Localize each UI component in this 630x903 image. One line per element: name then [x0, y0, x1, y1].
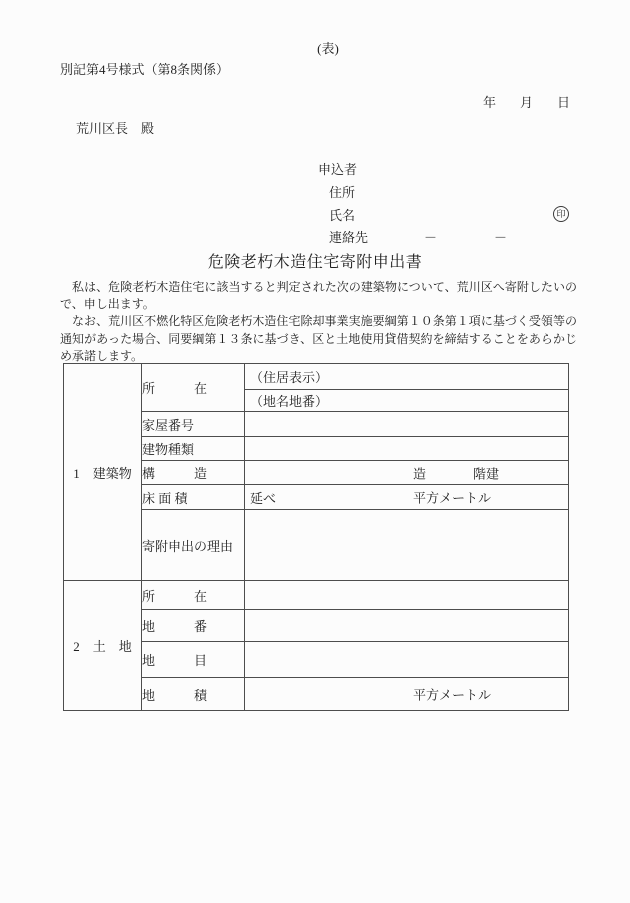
date-year-label: 年 [483, 95, 496, 110]
section-land-label: 2 土 地 [64, 581, 142, 711]
land-area-unit: 平方メートル [413, 685, 491, 704]
table-row: 2 土 地 所 在 [64, 581, 569, 610]
land-category-label: 地 目 [142, 642, 245, 678]
land-area-label: 地 積 [142, 678, 245, 711]
contact-number-dash: － [424, 230, 437, 245]
structure-zou-suffix: 造 [413, 463, 426, 482]
building-location-label: 所 在 [142, 364, 245, 412]
applicant-heading: 申込者 [318, 162, 357, 177]
building-location-residence-field: （住居表示） [245, 364, 569, 390]
applicant-contact-label: 連絡先 [329, 230, 368, 245]
land-lot-number-field [245, 610, 569, 642]
land-category-field [245, 642, 569, 678]
floor-area-unit: 平方メートル [413, 488, 491, 507]
body-text: 私は、危険老朽木造住宅に該当すると判定された次の建築物について、荒川区へ寄附した… [60, 279, 577, 365]
property-table: 1 建築物 所 在 （住居表示） （地名地番） 家屋番号 建物種類 構 [63, 363, 569, 711]
applicant-address-label: 住所 [329, 185, 355, 200]
land-location-field [245, 581, 569, 610]
form-style-number: 別記第4号様式（第8条関係） [60, 62, 229, 77]
lot-name-caption: （地名地番） [250, 394, 328, 409]
date-day-label: 日 [557, 95, 570, 110]
house-number-label: 家屋番号 [142, 412, 245, 437]
floor-area-label: 床 面 積 [142, 485, 245, 510]
structure-label: 構 造 [142, 461, 245, 485]
building-type-field [245, 437, 569, 461]
seal-character: 印 [556, 210, 565, 219]
floor-area-field: 延べ平方メートル [245, 485, 569, 510]
donation-reason-label: 寄附申出の理由 [142, 510, 245, 581]
donation-reason-field [245, 510, 569, 581]
floor-area-prefix: 延べ [250, 491, 276, 506]
land-lot-number-label: 地 番 [142, 610, 245, 642]
building-type-label: 建物種類 [142, 437, 245, 461]
document-page: (表) 別記第4号様式（第8条関係） 年 月 日 荒川区長 殿 申込者 住所 氏… [0, 0, 630, 903]
paragraph-consent: なお、荒川区不燃化特区危険老朽木造住宅除却事業実施要綱第１０条第１項に基づく受領… [60, 313, 577, 365]
house-number-field [245, 412, 569, 437]
land-location-label: 所 在 [142, 581, 245, 610]
seal-mark-icon: 印 [553, 206, 569, 222]
land-area-field: 平方メートル [245, 678, 569, 711]
front-side-label: (表) [0, 41, 630, 56]
structure-field: 造階建 [245, 461, 569, 485]
contact-number-dash: － [494, 230, 507, 245]
residence-display-caption: （住居表示） [250, 370, 328, 385]
structure-kaidate-suffix: 階建 [473, 463, 499, 482]
building-location-lotname-field: （地名地番） [245, 390, 569, 412]
document-title: 危険老朽木造住宅寄附申出書 [0, 249, 630, 272]
paragraph-intent: 私は、危険老朽木造住宅に該当すると判定された次の建築物について、荒川区へ寄附した… [60, 279, 577, 313]
date-month-label: 月 [520, 95, 533, 110]
section-building-label: 1 建築物 [64, 364, 142, 581]
applicant-name-label: 氏名 [329, 208, 355, 223]
table-row: 1 建築物 所 在 （住居表示） [64, 364, 569, 390]
addressee: 荒川区長 殿 [76, 121, 154, 136]
